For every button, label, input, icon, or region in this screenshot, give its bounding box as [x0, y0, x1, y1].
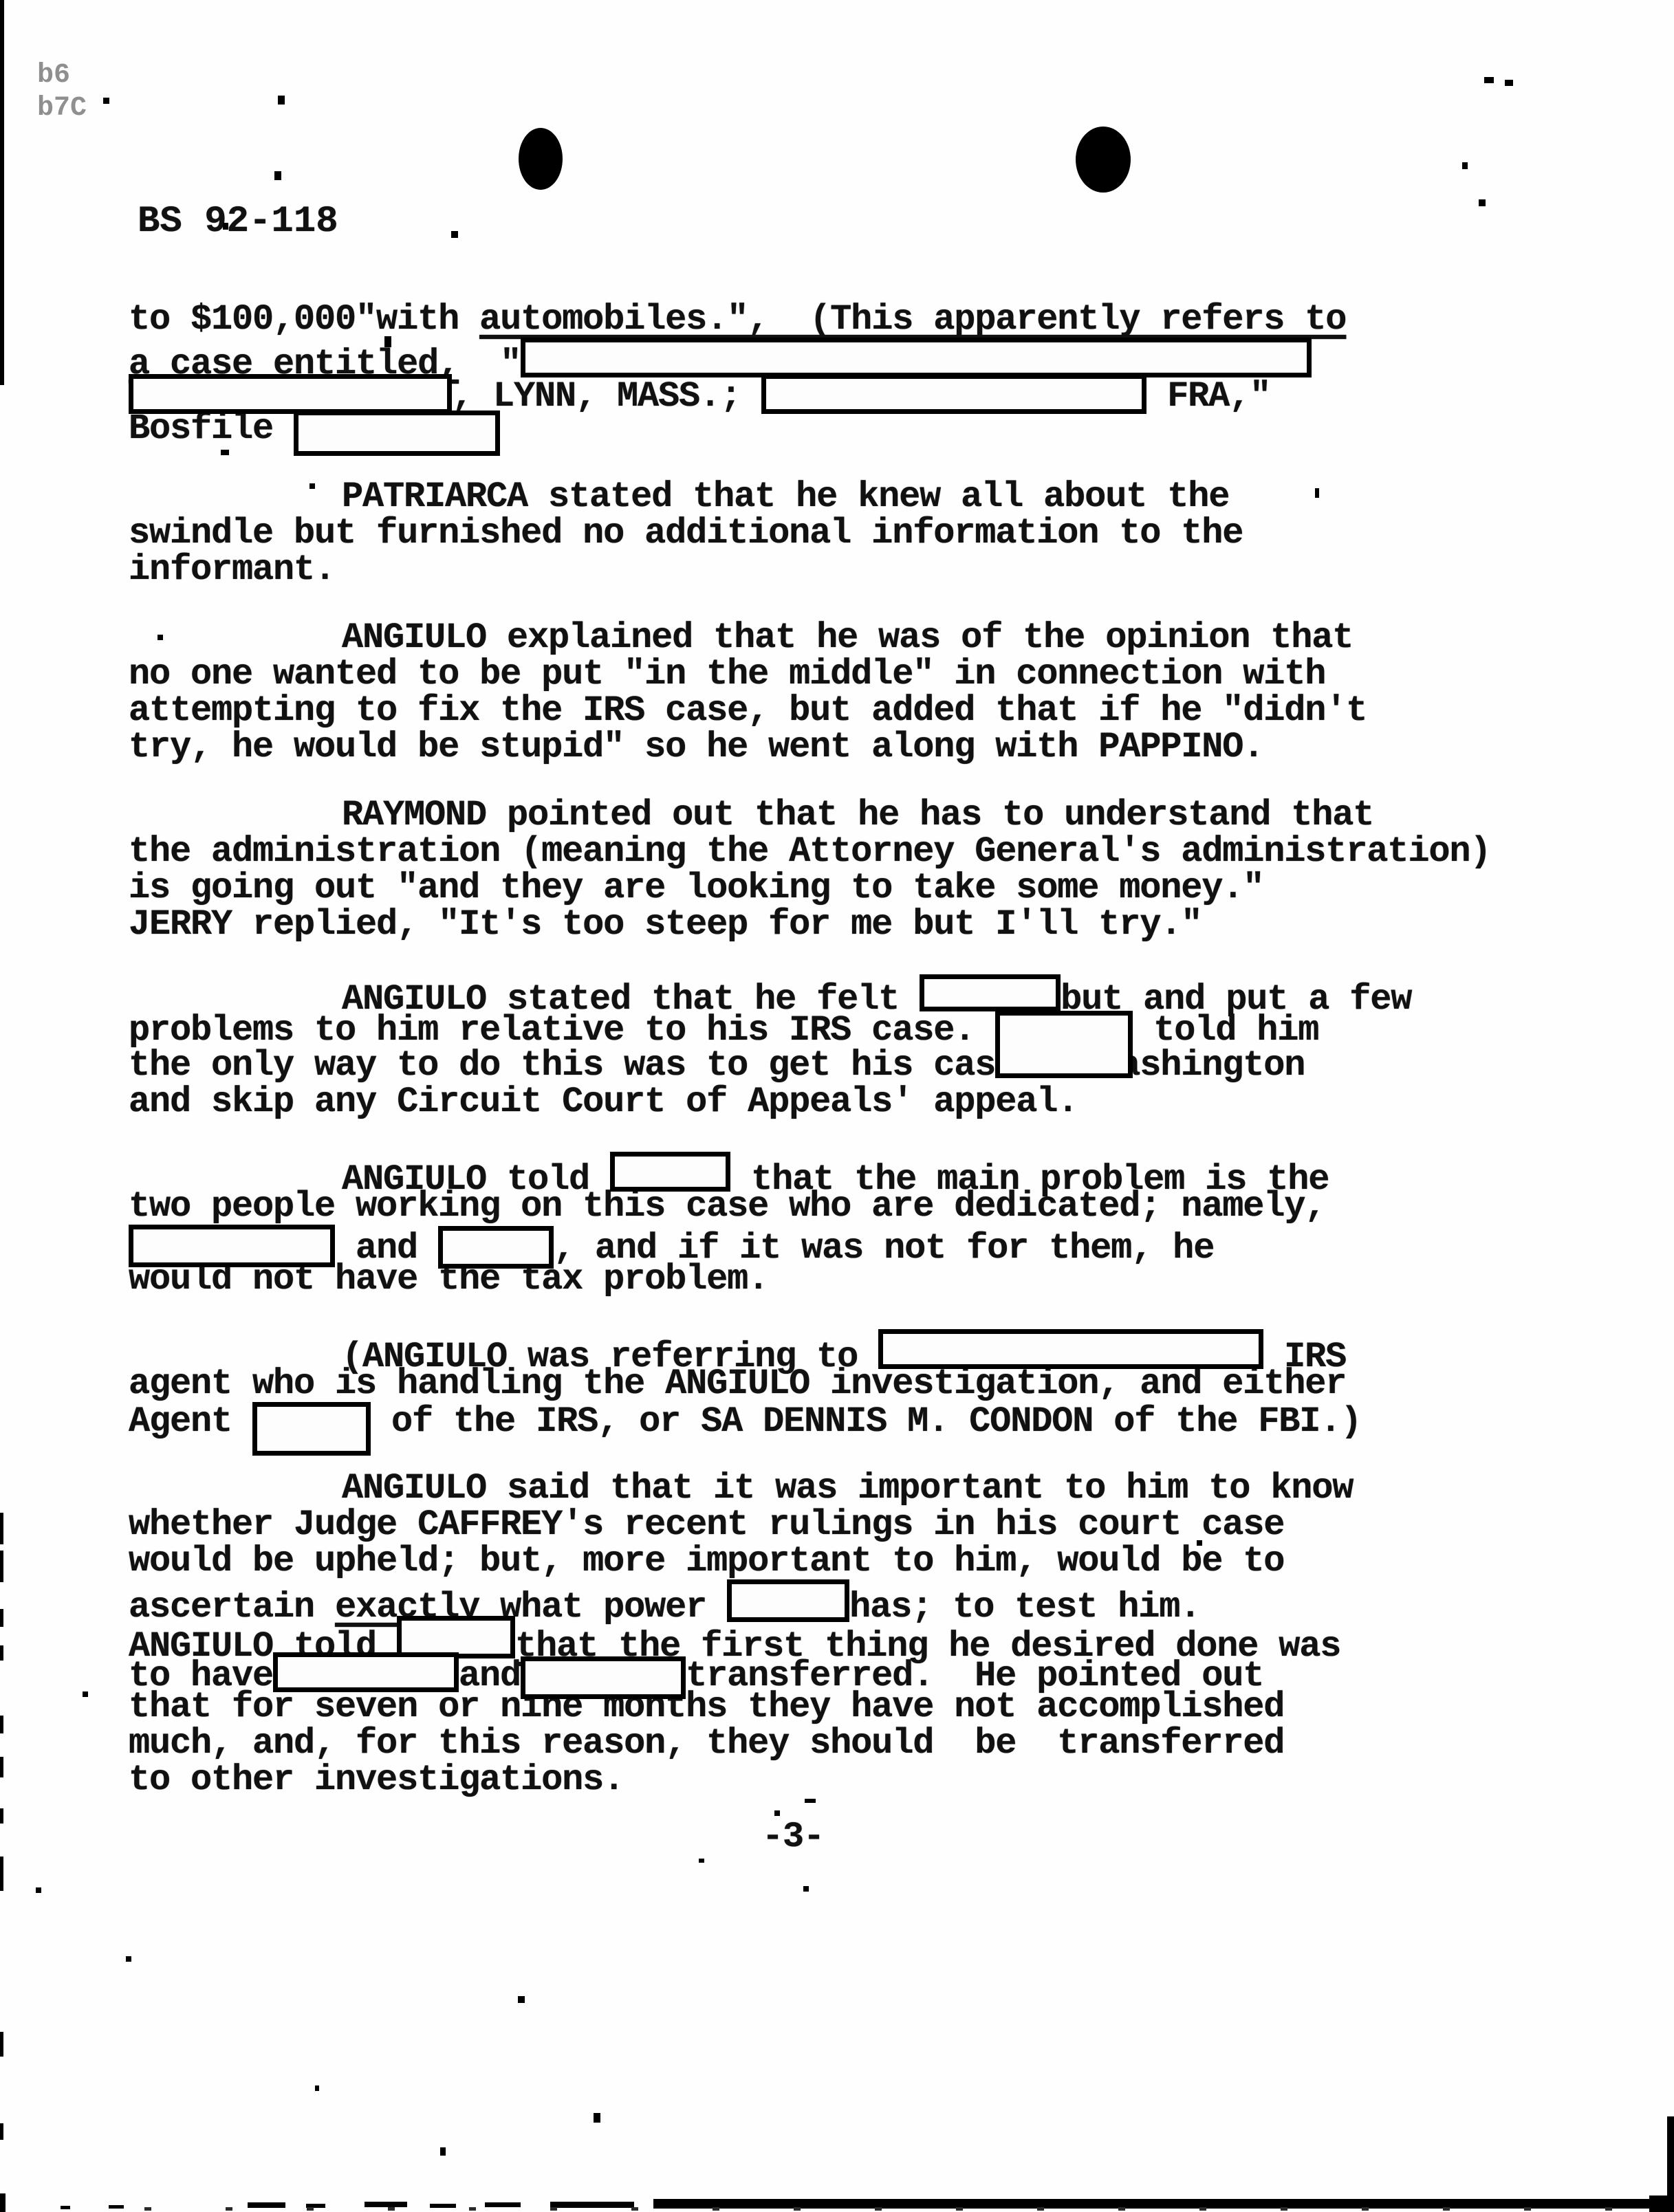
scan-speck — [774, 1810, 780, 1816]
scan-speck — [315, 2085, 319, 2091]
text-run: FRA," — [1146, 376, 1270, 417]
paragraph: ANGIULO told that the main problem is th… — [129, 1152, 1587, 1297]
scan-speck — [0, 1513, 3, 1544]
scan-speck — [61, 2206, 70, 2209]
text-line: ANGIULO told that the main problem is th… — [129, 1152, 1587, 1188]
redaction-box — [273, 1652, 459, 1692]
scan-speck — [278, 96, 285, 105]
text-line: the administration (meaning the Attorney… — [129, 833, 1587, 870]
text-run: of the IRS, or SA DENNIS M. CONDON of th… — [371, 1401, 1361, 1442]
classification-markers: b6 b7C — [37, 59, 87, 125]
text-run: two people working on this case who are … — [129, 1186, 1325, 1227]
marker-b6: b6 — [37, 59, 87, 92]
scan-tick — [1118, 2207, 1125, 2211]
text-line: and skip any Circuit Court of Appeals' a… — [129, 1084, 1587, 1120]
scan-tick — [1605, 2207, 1612, 2211]
redaction-box — [761, 374, 1146, 414]
redaction-box — [920, 974, 1061, 1011]
redaction-box — [727, 1579, 849, 1622]
text-line: to other investigations. — [129, 1762, 1587, 1798]
scan-speck — [0, 0, 4, 385]
scan-speck — [485, 2202, 521, 2207]
paragraph: RAYMOND pointed out that he has to under… — [129, 797, 1587, 943]
text-run: Bosfile — [129, 408, 294, 449]
scan-speck — [309, 483, 315, 489]
text-line: Agent of the IRS, or SA DENNIS M. CONDON… — [129, 1402, 1587, 1438]
text-line: agent who is handling the ANGIULO invest… — [129, 1366, 1587, 1402]
scan-speck — [274, 171, 281, 180]
text-line: and , and if it was not for them, he — [129, 1225, 1587, 1261]
text-line: ascertain exactly what power has; to tes… — [129, 1579, 1587, 1616]
scan-tick — [307, 2207, 314, 2211]
scan-tick — [144, 2207, 151, 2211]
scan-speck — [440, 2147, 446, 2156]
hole-punch-mark — [519, 128, 563, 190]
scan-speck — [157, 635, 163, 640]
scan-speck — [430, 2204, 456, 2208]
text-run: to other investigations. — [129, 1760, 624, 1800]
text-line: ANGIULO said that it was important to hi… — [129, 1470, 1587, 1507]
scan-speck — [103, 98, 109, 104]
text-run: much, and, for this reason, they should … — [129, 1723, 1284, 1764]
scan-speck — [0, 1857, 3, 1891]
scan-tick — [1037, 2207, 1044, 2211]
scan-tick — [794, 2207, 801, 2211]
text-line: attempting to fix the IRS case, but adde… — [129, 692, 1587, 729]
scan-speck — [653, 2199, 1674, 2209]
redaction-box — [610, 1152, 730, 1192]
scan-speck — [0, 1808, 3, 1824]
text-line: much, and, for this reason, they should … — [129, 1725, 1587, 1762]
text-run: informant. — [129, 549, 335, 590]
scan-speck — [803, 1886, 809, 1892]
text-run: PATRIARCA stated that he knew all about … — [342, 477, 1229, 517]
text-line: Bosfile — [129, 410, 1587, 447]
scan-speck — [0, 1716, 3, 1733]
text-run: JERRY replied, "It's too steep for me bu… — [129, 904, 1202, 945]
paragraph: (ANGIULO was referring to IRSagent who i… — [129, 1329, 1587, 1438]
scan-speck — [1315, 488, 1319, 498]
scan-tick — [469, 2207, 476, 2211]
scan-speck — [0, 2032, 3, 2057]
paragraph: PATRIARCA stated that he knew all about … — [129, 479, 1587, 588]
scan-speck — [699, 1859, 704, 1863]
redaction-box — [438, 1226, 554, 1269]
redaction-box — [995, 1011, 1133, 1078]
text-line: to $100,000"with automobiles.", (This ap… — [129, 301, 1587, 338]
text-line: informant. — [129, 551, 1587, 588]
redaction-box — [294, 410, 500, 456]
text-run: attempting to fix the IRS case, but adde… — [129, 690, 1367, 731]
redaction-box — [521, 1656, 686, 1699]
scan-speck — [0, 1757, 3, 1777]
text-line: RAYMOND pointed out that he has to under… — [129, 797, 1587, 833]
scan-speck — [1479, 199, 1486, 206]
scan-tick — [1362, 2207, 1369, 2211]
text-run: ANGIULO explained that he was of the opi… — [342, 617, 1353, 658]
text-run: agent who is handling the ANGIULO invest… — [129, 1364, 1346, 1404]
scan-tick — [713, 2207, 719, 2211]
scan-speck — [384, 336, 391, 347]
text-run: and skip any Circuit Court of Appeals' a… — [129, 1082, 1078, 1122]
text-line: (ANGIULO was referring to IRS — [129, 1329, 1587, 1366]
scan-speck — [126, 1956, 131, 1962]
text-line: two people working on this case who are … — [129, 1188, 1587, 1225]
paragraph: ANGIULO said that it was important to hi… — [129, 1470, 1587, 1798]
scan-speck — [550, 2202, 634, 2208]
scan-tick — [1443, 2207, 1450, 2211]
text-run: would be upheld; but, more important to … — [129, 1541, 1284, 1581]
hole-punch-mark — [1076, 127, 1131, 193]
page-number: -3- — [762, 1817, 824, 1857]
text-run: the administration (meaning the Attorney… — [129, 831, 1490, 872]
text-run: that for seven or nine months they have … — [129, 1687, 1284, 1727]
scan-speck — [223, 223, 228, 230]
redaction-box — [521, 338, 1312, 377]
scan-speck — [0, 1645, 3, 1661]
redaction-box — [129, 1225, 335, 1267]
scan-speck — [109, 2205, 124, 2209]
text-run: swindle but furnished no additional info… — [129, 513, 1243, 554]
text-line: , LYNN, MASS.; FRA," — [129, 374, 1587, 410]
paragraph: ANGIULO explained that he was of the opi… — [129, 620, 1587, 765]
scan-speck — [518, 1996, 525, 2003]
redaction-box — [878, 1329, 1263, 1369]
scan-speck — [1462, 162, 1468, 169]
scan-speck — [83, 1691, 88, 1697]
text-run: RAYMOND pointed out that he has to under… — [342, 795, 1373, 835]
scan-speck — [1197, 1540, 1202, 1546]
document-page: b6 b7C BS 92-118 to $100,000"with automo… — [0, 0, 1674, 2212]
text-line: would be upheld; but, more important to … — [129, 1543, 1587, 1579]
scan-tick — [388, 2207, 395, 2211]
text-line: ANGIULO told that the first thing he des… — [129, 1616, 1587, 1652]
file-number: BS 92-118 — [138, 201, 338, 243]
scan-speck — [0, 2123, 3, 2140]
scan-tick — [1524, 2207, 1531, 2211]
scan-speck — [0, 1609, 3, 1627]
text-line: whether Judge CAFFREY's recent rulings i… — [129, 1507, 1587, 1543]
scan-speck — [451, 231, 458, 238]
text-line: ANGIULO stated that he felt but and put … — [129, 974, 1587, 1011]
scan-speck — [1484, 77, 1494, 83]
scan-speck — [248, 2202, 285, 2208]
scan-tick — [956, 2207, 963, 2211]
scan-speck — [594, 2113, 600, 2123]
paragraph: to $100,000"with automobiles.", (This ap… — [129, 301, 1587, 447]
scan-tick — [631, 2207, 638, 2211]
text-line: PATRIARCA stated that he knew all about … — [129, 479, 1587, 515]
scan-speck — [1505, 80, 1513, 86]
redaction-box — [252, 1402, 371, 1456]
text-run: try, he would be stupid" so he went alon… — [129, 727, 1263, 767]
text-column: to $100,000"with automobiles.", (This ap… — [129, 301, 1587, 1830]
scan-tick — [1199, 2207, 1206, 2211]
text-line: swindle but furnished no additional info… — [129, 515, 1587, 551]
scan-tick — [875, 2207, 882, 2211]
text-line: the only way to do this was to get his c… — [129, 1047, 1587, 1084]
scan-tick — [1281, 2207, 1287, 2211]
paragraph: ANGIULO stated that he felt but and put … — [129, 974, 1587, 1120]
text-run: ANGIULO said that it was important to hi… — [342, 1468, 1353, 1509]
scan-speck — [365, 2202, 407, 2207]
text-run: automobiles.", (This apparently refers t… — [479, 299, 1346, 340]
scan-speck — [0, 2193, 6, 2212]
redaction-box — [129, 374, 452, 414]
scan-speck — [221, 450, 229, 455]
text-line: no one wanted to be put "in the middle" … — [129, 656, 1587, 692]
text-run: is going out "and they are looking to ta… — [129, 868, 1263, 908]
text-run: whether Judge CAFFREY's recent rulings i… — [129, 1504, 1284, 1545]
scan-tick — [550, 2207, 557, 2211]
text-line: to haveandtransferred. He pointed out — [129, 1652, 1587, 1689]
text-line: that for seven or nine months they have … — [129, 1689, 1587, 1725]
text-run: to $100,000"with — [129, 299, 479, 340]
scan-speck — [805, 1799, 816, 1803]
scan-tick — [226, 2207, 232, 2211]
text-run: no one wanted to be put "in the middle" … — [129, 654, 1325, 694]
scan-speck — [1649, 2195, 1674, 2212]
scan-speck — [36, 1887, 41, 1893]
text-line: ANGIULO explained that he was of the opi… — [129, 620, 1587, 656]
scan-speck — [0, 1551, 3, 1582]
text-line: a case entitled, " — [129, 338, 1587, 374]
text-run: Agent — [129, 1401, 252, 1442]
marker-b7c: b7C — [37, 92, 87, 125]
text-line: try, he would be stupid" so he went alon… — [129, 729, 1587, 765]
text-line: is going out "and they are looking to ta… — [129, 870, 1587, 906]
text-line: JERRY replied, "It's too steep for me bu… — [129, 906, 1587, 943]
